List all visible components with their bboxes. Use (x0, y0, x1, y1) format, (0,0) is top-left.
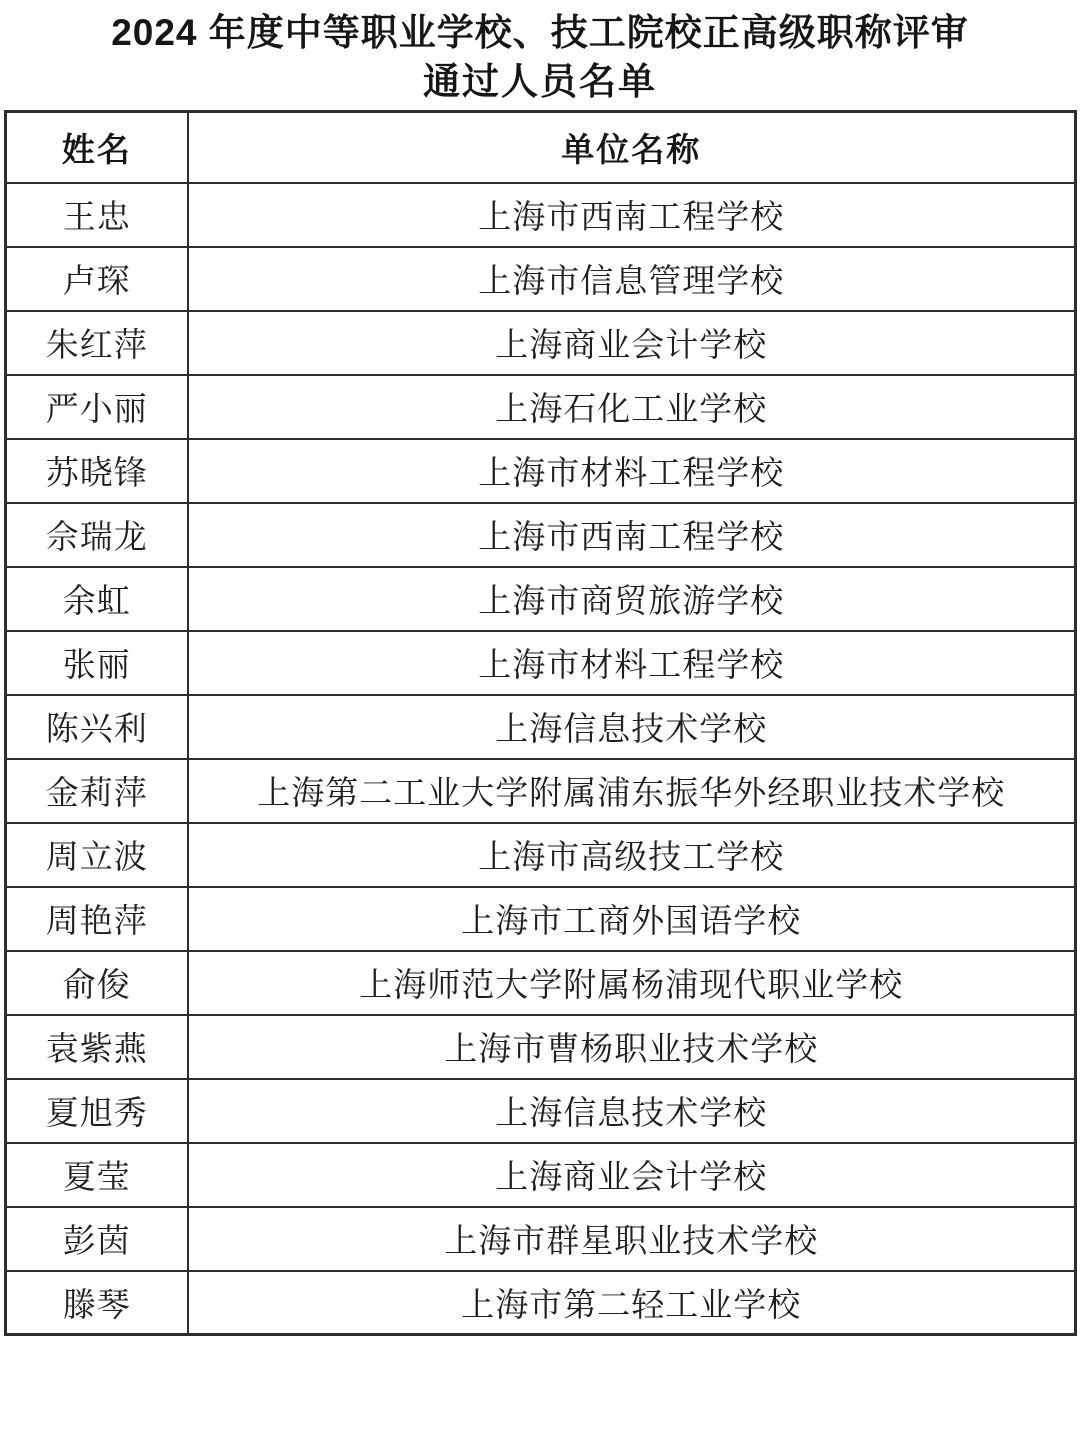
unit-cell: 上海市工商外国语学校 (188, 887, 1075, 951)
name-cell: 佘瑞龙 (5, 503, 188, 567)
unit-cell: 上海市第二轻工业学校 (188, 1271, 1075, 1335)
table-header-row: 姓名 单位名称 (5, 112, 1075, 183)
name-cell: 朱红萍 (5, 311, 188, 375)
document-title: 2024 年度中等职业学校、技工院校正高级职称评审 通过人员名单 (0, 0, 1080, 106)
name-cell: 周立波 (5, 823, 188, 887)
name-cell: 彭茵 (5, 1207, 188, 1271)
name-cell: 严小丽 (5, 375, 188, 439)
unit-cell: 上海市材料工程学校 (188, 631, 1075, 695)
document-page: 2024 年度中等职业学校、技工院校正高级职称评审 通过人员名单 姓名 单位名称… (0, 0, 1080, 1438)
table-row: 陈兴利上海信息技术学校 (5, 695, 1075, 759)
name-cell: 陈兴利 (5, 695, 188, 759)
table-row: 佘瑞龙上海市西南工程学校 (5, 503, 1075, 567)
unit-cell: 上海市高级技工学校 (188, 823, 1075, 887)
unit-cell: 上海市西南工程学校 (188, 183, 1075, 247)
table-row: 张丽上海市材料工程学校 (5, 631, 1075, 695)
unit-cell: 上海第二工业大学附属浦东振华外经职业技术学校 (188, 759, 1075, 823)
table-row: 余虹上海市商贸旅游学校 (5, 567, 1075, 631)
table-row: 俞俊上海师范大学附属杨浦现代职业学校 (5, 951, 1075, 1015)
table-row: 袁紫燕上海市曹杨职业技术学校 (5, 1015, 1075, 1079)
name-cell: 苏晓锋 (5, 439, 188, 503)
document-title-line1: 2024 年度中等职业学校、技工院校正高级职称评审 (0, 8, 1080, 58)
document-title-line2: 通过人员名单 (0, 58, 1080, 106)
table-row: 朱红萍上海商业会计学校 (5, 311, 1075, 375)
name-cell: 夏莹 (5, 1143, 188, 1207)
roster-table: 姓名 单位名称 王忠上海市西南工程学校卢琛上海市信息管理学校朱红萍上海商业会计学… (4, 110, 1077, 1336)
name-cell: 张丽 (5, 631, 188, 695)
unit-cell: 上海市信息管理学校 (188, 247, 1075, 311)
table-row: 卢琛上海市信息管理学校 (5, 247, 1075, 311)
table-row: 金莉萍上海第二工业大学附属浦东振华外经职业技术学校 (5, 759, 1075, 823)
column-header-unit: 单位名称 (188, 112, 1075, 183)
unit-cell: 上海石化工业学校 (188, 375, 1075, 439)
name-cell: 袁紫燕 (5, 1015, 188, 1079)
column-header-name: 姓名 (5, 112, 188, 183)
unit-cell: 上海市曹杨职业技术学校 (188, 1015, 1075, 1079)
name-cell: 金莉萍 (5, 759, 188, 823)
table-row: 周立波上海市高级技工学校 (5, 823, 1075, 887)
unit-cell: 上海市材料工程学校 (188, 439, 1075, 503)
table-body: 王忠上海市西南工程学校卢琛上海市信息管理学校朱红萍上海商业会计学校严小丽上海石化… (5, 183, 1075, 1335)
unit-cell: 上海商业会计学校 (188, 311, 1075, 375)
table-row: 滕琴上海市第二轻工业学校 (5, 1271, 1075, 1335)
unit-cell: 上海商业会计学校 (188, 1143, 1075, 1207)
name-cell: 卢琛 (5, 247, 188, 311)
table-row: 王忠上海市西南工程学校 (5, 183, 1075, 247)
name-cell: 余虹 (5, 567, 188, 631)
name-cell: 滕琴 (5, 1271, 188, 1335)
unit-cell: 上海信息技术学校 (188, 1079, 1075, 1143)
name-cell: 夏旭秀 (5, 1079, 188, 1143)
table-row: 彭茵上海市群星职业技术学校 (5, 1207, 1075, 1271)
table-row: 夏旭秀上海信息技术学校 (5, 1079, 1075, 1143)
unit-cell: 上海市西南工程学校 (188, 503, 1075, 567)
table-row: 苏晓锋上海市材料工程学校 (5, 439, 1075, 503)
name-cell: 王忠 (5, 183, 188, 247)
name-cell: 周艳萍 (5, 887, 188, 951)
table-row: 严小丽上海石化工业学校 (5, 375, 1075, 439)
unit-cell: 上海信息技术学校 (188, 695, 1075, 759)
unit-cell: 上海师范大学附属杨浦现代职业学校 (188, 951, 1075, 1015)
table-row: 周艳萍上海市工商外国语学校 (5, 887, 1075, 951)
unit-cell: 上海市商贸旅游学校 (188, 567, 1075, 631)
table-row: 夏莹上海商业会计学校 (5, 1143, 1075, 1207)
unit-cell: 上海市群星职业技术学校 (188, 1207, 1075, 1271)
name-cell: 俞俊 (5, 951, 188, 1015)
